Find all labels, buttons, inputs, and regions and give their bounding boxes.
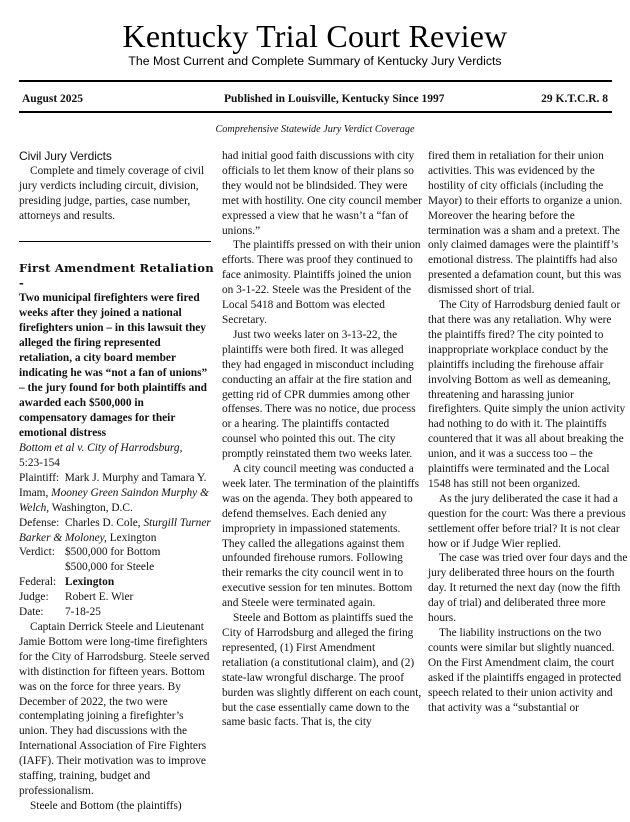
court-value: Lexington — [65, 575, 214, 590]
article-paragraph: The plaintiffs pressed on with their uni… — [222, 238, 422, 327]
article-paragraph: Captain Derrick Steele and Lieutenant Ja… — [19, 620, 214, 799]
case-number: 5:23-154 — [19, 456, 214, 471]
date-value: 7-18-25 — [65, 605, 214, 620]
publication-info: Published in Louisville, Kentucky Since … — [224, 91, 444, 107]
article-heading: First Amendment Retaliation - — [19, 261, 214, 291]
plaintiff-label: Plaintiff: — [19, 472, 59, 484]
sidebar-heading: Civil Jury Verdicts — [19, 149, 214, 164]
tagline: Comprehensive Statewide Jury Verdict Cov… — [0, 124, 630, 136]
header-rule-top — [19, 80, 612, 82]
column-3: fired them in retaliation for their unio… — [428, 149, 628, 715]
article-summary: Two municipal firefighters were fired we… — [19, 291, 214, 441]
issue-citation: 29 K.T.C.R. 8 — [541, 91, 608, 107]
issue-bar: August 2025 Published in Louisville, Ken… — [19, 91, 612, 107]
verdict-line-2: $500,000 for Steele — [19, 560, 214, 575]
defense-attorney: Charles D. Cole, — [65, 517, 141, 529]
court-label: Federal: — [19, 575, 65, 590]
defense-counsel: Defense: Charles D. Cole, Sturgill Turne… — [19, 516, 214, 546]
judge-label: Judge: — [19, 590, 65, 605]
article-paragraph-continued: Steele and Bottom (the plaintiffs) — [19, 799, 214, 814]
judge-row: Judge: Robert E. Wier — [19, 590, 214, 605]
court-row: Federal: Lexington — [19, 575, 214, 590]
plaintiff-city: Washington, D.C. — [52, 502, 133, 514]
sidebar-body: Complete and timely coverage of civil ju… — [19, 164, 214, 224]
verdict-line-1: $500,000 for Bottom — [65, 545, 214, 560]
article-paragraph-continuation: fired them in retaliation for their unio… — [428, 149, 628, 298]
publication-subtitle: The Most Current and Complete Summary of… — [0, 54, 630, 68]
column-2: had initial good faith discussions with … — [222, 149, 422, 730]
section-divider — [19, 241, 211, 243]
article-paragraph-continuation: had initial good faith discussions with … — [222, 149, 422, 238]
defense-city: Lexington — [110, 532, 157, 544]
verdict-label: Verdict: — [19, 545, 65, 560]
column-1: Civil Jury Verdicts Complete and timely … — [19, 149, 214, 814]
article-paragraph: The City of Harrodsburg denied fault or … — [428, 298, 628, 492]
header-rule-bottom — [19, 111, 612, 113]
article-paragraph: As the jury deliberated the case it had … — [428, 492, 628, 552]
issue-date: August 2025 — [22, 91, 83, 107]
judge-value: Robert E. Wier — [65, 590, 214, 605]
article-paragraph-continued: Steele and Bottom as plaintiffs sued the… — [222, 611, 422, 730]
date-label: Date: — [19, 605, 65, 620]
article-paragraph: Just two weeks later on 3-13-22, the pla… — [222, 328, 422, 462]
case-caption: Bottom et al v. City of Harrodsburg, — [19, 441, 214, 456]
article-paragraph: The liability instructions on the two co… — [428, 626, 628, 715]
defense-label: Defense: — [19, 517, 59, 529]
article-paragraph: The case was tried over four days and th… — [428, 551, 628, 626]
date-row: Date: 7-18-25 — [19, 605, 214, 620]
publication-title: Kentucky Trial Court Review — [0, 18, 630, 54]
verdict-row: Verdict: $500,000 for Bottom — [19, 545, 214, 560]
plaintiff-counsel: Plaintiff: Mark J. Murphy and Tamara Y. … — [19, 471, 214, 516]
article-paragraph: A city council meeting was conducted a w… — [222, 462, 422, 611]
